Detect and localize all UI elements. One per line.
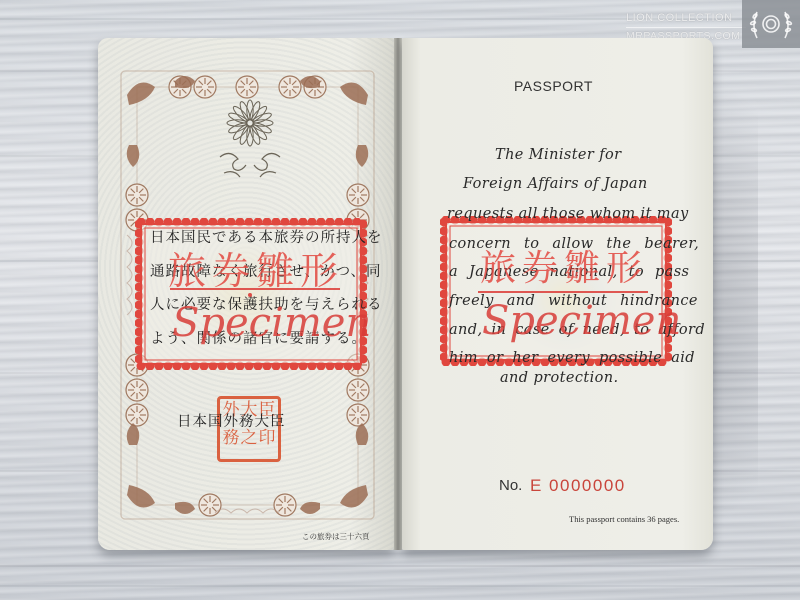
passport-number-label: No. — [499, 477, 522, 494]
en-request-line: and protection. — [500, 370, 619, 386]
passport-heading: PASSPORT — [514, 78, 593, 94]
specimen-kanji-stamp: 旅券雛形 — [480, 240, 648, 291]
specimen-kanji-stamp: 旅券雛形 — [168, 240, 344, 295]
book-gutter — [394, 38, 402, 550]
seal-char: 務 — [222, 429, 240, 457]
specimen-dot — [248, 293, 252, 297]
specimen-stamp: Specimen — [172, 300, 371, 346]
specimen-rule — [170, 288, 340, 290]
passport-number: E 0000000 — [530, 476, 626, 496]
en-request-line: him or her every possible aid — [449, 350, 695, 366]
wood-grain — [0, 565, 800, 567]
page-count-en: This passport contains 36 pages. — [569, 514, 679, 524]
watermark-line1: LION COLLECTION — [626, 12, 733, 24]
minister-title: 日本国外務大臣 — [177, 410, 286, 431]
en-request-line: Foreign Affairs of Japan — [463, 176, 648, 192]
seal-char: 印 — [258, 429, 276, 457]
chrysanthemum-crest-icon — [218, 95, 282, 185]
specimen-stamp: Specimen — [482, 298, 681, 344]
wood-grain — [0, 585, 800, 587]
page-count-jp: この旅券は三十六頁 — [302, 531, 370, 542]
en-request-line: The Minister for — [495, 147, 621, 163]
specimen-rule — [478, 291, 648, 293]
en-request-line: requests all those whom it may — [447, 206, 689, 222]
watermark-rule — [626, 27, 746, 28]
seal-char: 之 — [240, 429, 258, 457]
